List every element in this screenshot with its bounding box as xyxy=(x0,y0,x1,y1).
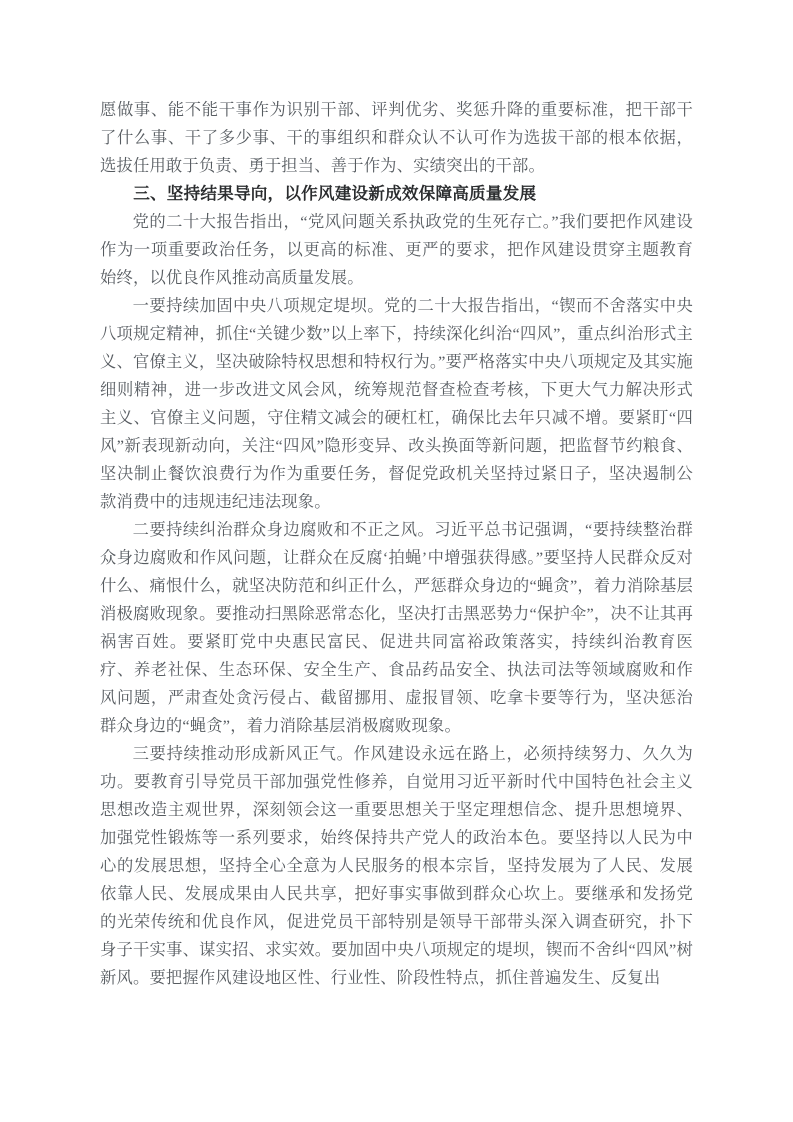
paragraph-intro: 党的二十大报告指出，“党风问题关系执政党的生死存亡。”我们要把作风建设作为一项重… xyxy=(100,208,693,292)
section-heading: 三、坚持结果导向，以作风建设新成效保障高质量发展 xyxy=(100,180,693,208)
paragraph-point-2: 二要持续纠治群众身边腐败和不正之风。习近平总书记强调，“要持续整治群众身边腐败和… xyxy=(100,516,693,740)
document-page: 愿做事、能不能干事作为识别干部、评判优劣、奖惩升降的重要标准，把干部干了什么事、… xyxy=(0,0,793,1122)
paragraph-point-1: 一要持续加固中央八项规定堤坝。党的二十大报告指出，“锲而不舍落实中央八项规定精神… xyxy=(100,292,693,516)
document-body: 愿做事、能不能干事作为识别干部、评判优劣、奖惩升降的重要标准，把干部干了什么事、… xyxy=(100,96,693,992)
paragraph-continuation: 愿做事、能不能干事作为识别干部、评判优劣、奖惩升降的重要标准，把干部干了什么事、… xyxy=(100,96,693,180)
paragraph-point-3: 三要持续推动形成新风正气。作风建设永远在路上，必须持续努力、久久为功。要教育引导… xyxy=(100,740,693,992)
